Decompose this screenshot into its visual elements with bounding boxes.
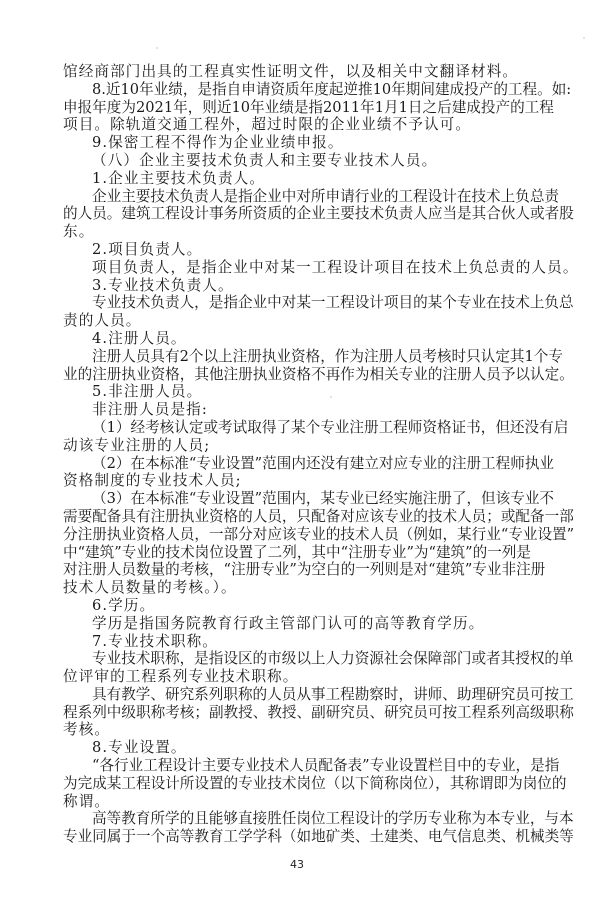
text-line: 申报年度为2021年，则近10年业绩是指2011年1月1日之后建成投产的工程 xyxy=(63,99,531,117)
page-number: 43 xyxy=(0,858,594,871)
text-line: 资格制度的专业技术人员; xyxy=(63,472,531,490)
text-line: 学历是指国务院教育行政主管部门认可的高等教育学历。 xyxy=(63,615,531,633)
text-line: （2）在本标准“专业设置”范围内还没有建立对应专业的注册工程师执业 xyxy=(63,455,531,473)
text-line: 6.学历。 xyxy=(63,597,531,615)
text-line: 的人员。建筑工程设计事务所资质的企业主要技术负责人应当是其合伙人或者股 xyxy=(63,205,531,223)
text-line: 注册人员具有2个以上注册执业资格，作为注册人员考核时只认定其1个专 xyxy=(63,348,531,366)
text-line: 程系列中级职称考核；副教授、教授、副研究员、研究员可按工程系列高级职称 xyxy=(63,704,531,722)
text-line: 位评审的工程系列专业技术职称。 xyxy=(63,668,531,686)
text-line: 东。 xyxy=(63,223,531,241)
scan-speck xyxy=(583,37,585,39)
text-line: 9.保密工程不得作为企业业绩申报。 xyxy=(63,134,531,152)
document-body: 馆经商部门出具的工程真实性证明文件，以及相关中文翻译材料。8.近10年业绩，是指… xyxy=(63,63,531,846)
text-line: 中“建筑”专业的技术岗位设置了二列，其中“注册专业”为“建筑”的一列是 xyxy=(63,544,531,562)
text-line: 为完成某工程设计所设置的专业技术岗位（以下简称岗位），其称谓即为岗位的 xyxy=(63,775,531,793)
text-line: 馆经商部门出具的工程真实性证明文件，以及相关中文翻译材料。 xyxy=(63,63,531,81)
text-line: 项目。除轨道交通工程外，超过时限的企业业绩不予认可。 xyxy=(63,116,531,134)
text-line: 高等教育所学的且能够直接胜任岗位工程设计的学历专业称为本专业，与本 xyxy=(63,810,531,828)
text-line: 专业技术负责人，是指企业中对某一工程设计项目的某个专业在技术上负总 xyxy=(63,294,531,312)
text-line: 3.专业技术负责人。 xyxy=(63,277,531,295)
text-line: （3）在本标准“专业设置”范围内，某专业已经实施注册了，但该专业不 xyxy=(63,490,531,508)
text-line: （1）经考核认定或考试取得了某个专业注册工程师资格证书，但还没有启 xyxy=(63,419,531,437)
text-line: 需要配备具有注册执业资格的人员，只配备对应该专业的技术人员；或配备一部 xyxy=(63,508,531,526)
text-line: 4.注册人员。 xyxy=(63,330,531,348)
text-line: （八）企业主要技术负责人和主要专业技术人员。 xyxy=(63,152,531,170)
text-line: 称谓。 xyxy=(63,793,531,811)
text-line: 7.专业技术职称。 xyxy=(63,633,531,651)
text-line: 1.企业主要技术负责人。 xyxy=(63,170,531,188)
text-line: 项目负责人，是指企业中对某一工程设计项目在技术上负总责的人员。 xyxy=(63,259,531,277)
text-line: 专业技术职称，是指设区的市级以上人力资源社会保障部门或者其授权的单 xyxy=(63,650,531,668)
text-line: 8.近10年业绩，是指自申请资质年度起逆推10年期间建成投产的工程。如: xyxy=(63,81,531,99)
text-line: 技术人员数量的考核。）。 xyxy=(63,579,531,597)
text-line: 企业主要技术负责人是指企业中对所申请行业的工程设计在技术上负总责 xyxy=(63,188,531,206)
document-page: 馆经商部门出具的工程真实性证明文件，以及相关中文翻译材料。8.近10年业绩，是指… xyxy=(0,0,594,907)
text-line: 对注册人员数量的考核，“注册专业”为空白的一列则是对“建筑”专业非注册 xyxy=(63,561,531,579)
text-line: 考核。 xyxy=(63,721,531,739)
text-line: 非注册人员是指: xyxy=(63,401,531,419)
text-line: 责的人员。 xyxy=(63,312,531,330)
text-line: 业的注册执业资格，其他注册执业资格不再作为相关专业的注册人员予以认定。 xyxy=(63,366,531,384)
text-line: 动该专业注册的人员; xyxy=(63,437,531,455)
scan-speck xyxy=(156,47,158,49)
text-line: 2.项目负责人。 xyxy=(63,241,531,259)
text-line: 8.专业设置。 xyxy=(63,739,531,757)
text-line: 具有教学、研究系列职称的人员从事工程勘察时，讲师、助理研究员可按工 xyxy=(63,686,531,704)
text-line: 专业同属于一个高等教育工学学科（如地矿类、土建类、电气信息类、机械类等 xyxy=(63,828,531,846)
text-line: 5.非注册人员。 xyxy=(63,383,531,401)
text-line: “各行业工程设计主要专业技术人员配备表”专业设置栏目中的专业，是指 xyxy=(63,757,531,775)
text-line: 分注册执业资格人员，一部分对应该专业的技术人员（例如，某行业“专业设置” xyxy=(63,526,531,544)
